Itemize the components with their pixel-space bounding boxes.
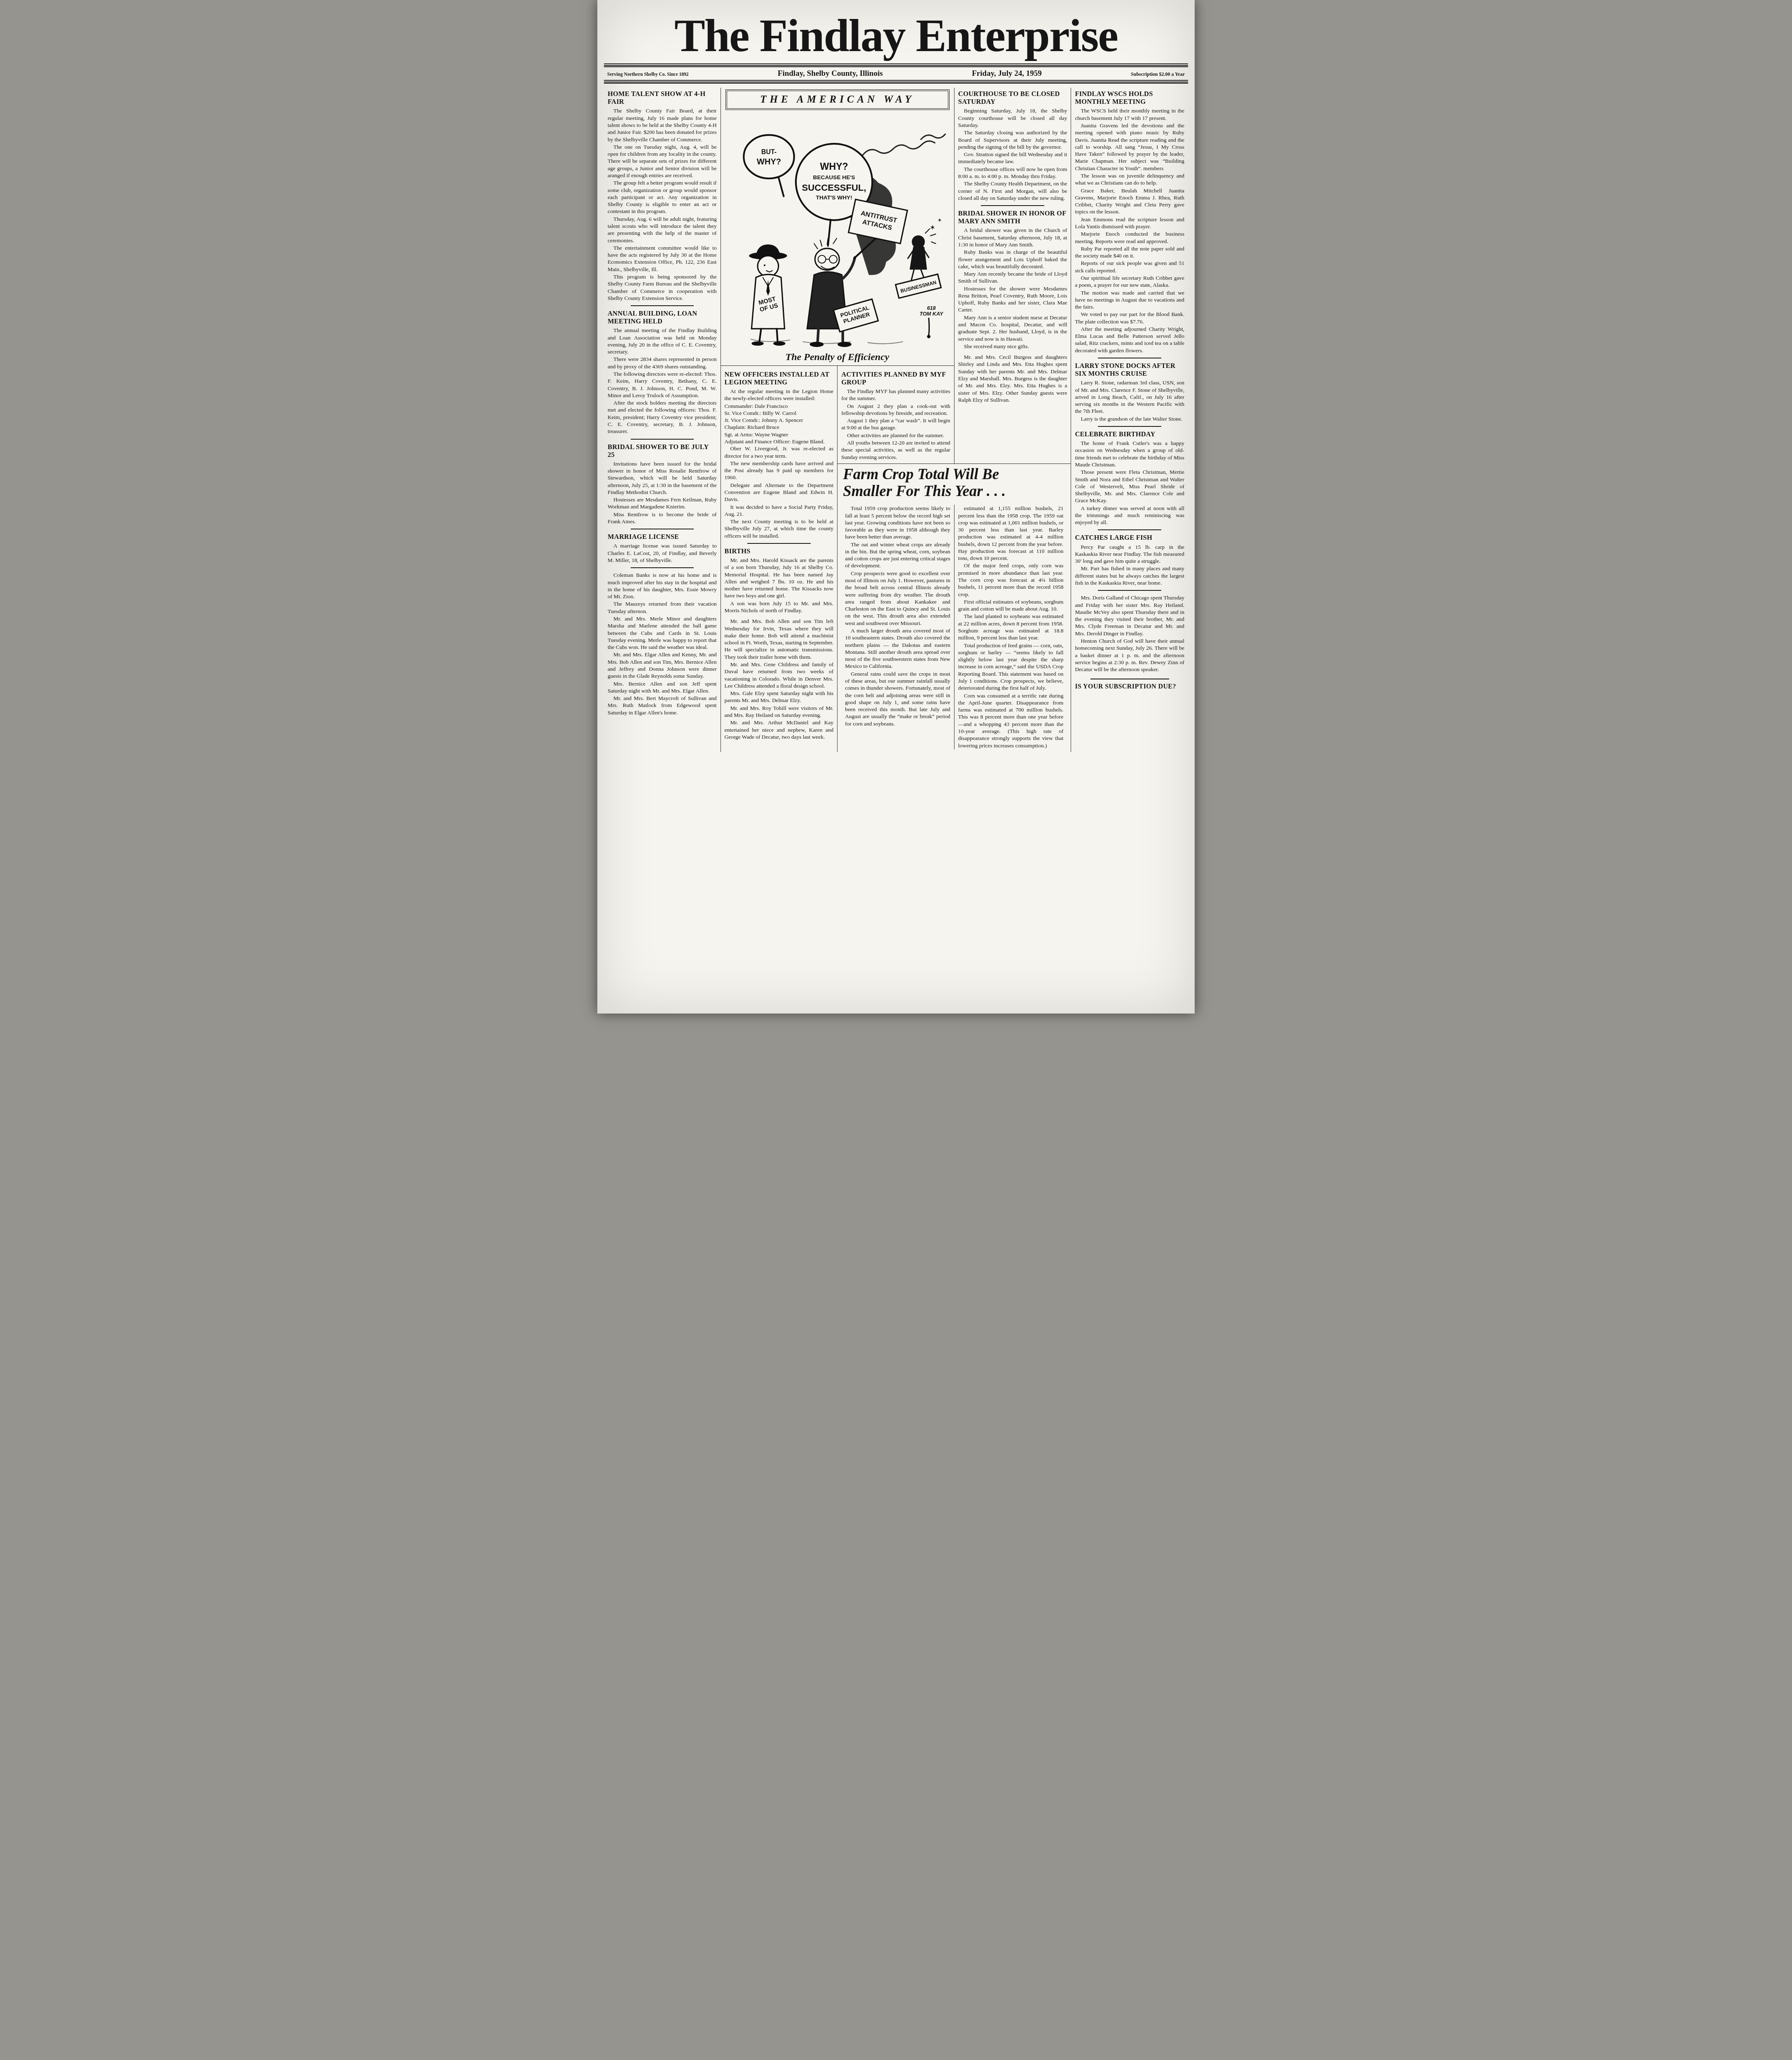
bubble-tail [778, 177, 784, 196]
article-heading: COURTHOUSE TO BE CLOSED SATURDAY [958, 90, 1067, 105]
social-notes-column5: Mrs. Doris Galland of Chicago spent Thur… [1075, 594, 1184, 673]
paragraph: Sgt. at Arms: Wayne Wagner [725, 431, 834, 438]
masthead-rule-bottom [604, 80, 1188, 84]
dateline: Serving Northern Shelby Co. Since 1892 F… [604, 67, 1188, 80]
cartoonist-signature: 618TOM KAY [919, 305, 944, 317]
headline-line: Farm Crop Total Will Be [843, 466, 999, 483]
article-body: Mr. and Mrs. Bob Allen and son Tim left … [725, 618, 834, 740]
dateline-date: Friday, July 24, 1959 [972, 69, 1041, 78]
paragraph: The land planted to soybeans was estimat… [958, 613, 1064, 641]
article-annual-building-loan: ANNUAL BUILDING, LOAN MEETING HELD The a… [608, 309, 717, 435]
paragraph: Marjorie Enoch conducted the business me… [1075, 230, 1184, 245]
article-heading: BIRTHS [725, 547, 834, 555]
article-body: The Shelby County Fair Board, at their r… [608, 107, 717, 302]
figure-political-planner [807, 239, 855, 347]
paragraph: We voted to pay our part for the Blood B… [1075, 311, 1184, 325]
article-births: BIRTHS Mr. and Mrs. Harold Kissack are t… [725, 547, 834, 614]
article-body: The WSCS held their monthly meeting in t… [1075, 107, 1184, 354]
paragraph: estimated at 1,155 million bushels, 21 p… [958, 505, 1064, 562]
paragraph: The WSCS held their monthly meeting in t… [1075, 107, 1184, 122]
article-marriage-license: MARRIAGE LICENSE A marriage license was … [608, 533, 717, 564]
paragraph: Larry is the grandson of the late Walter… [1075, 415, 1184, 422]
paragraph: She received many nice gifts. [958, 343, 1067, 350]
social-notes-column4: Mr. and Mrs. Cecil Burgess and daughters… [958, 353, 1067, 403]
paragraph: The motion was made and carried that we … [1075, 289, 1184, 311]
paragraph: Mr. and Mrs. Bert Maycroft of Sullivan a… [608, 695, 717, 716]
article-body: Mr. and Mrs. Harold Kissack are the pare… [725, 557, 834, 614]
article-larry-stone: LARRY STONE DOCKS AFTER SIX MONTHS CRUIS… [1075, 362, 1184, 422]
article-heading: FINDLAY WSCS HOLDS MONTHLY MEETING [1075, 90, 1184, 105]
paragraph: Mary Ann is a senior student nurse at De… [958, 314, 1067, 342]
masthead: The Findlay Enterprise Serving Northern … [604, 12, 1188, 84]
paragraph: Mr. and Mrs. Elgar Allen and Kenny, Mr. … [608, 651, 717, 679]
paragraph: Grace Baker, Beulah Mitchell Juanita Gra… [1075, 187, 1184, 215]
paragraph: Total 1959 crop production seems likely … [845, 505, 950, 540]
paragraph: The following directors were re-elected:… [608, 370, 717, 399]
paragraph: Jean Emmons read the scripture lesson an… [1075, 216, 1184, 230]
cartoon-caption: The Penalty of Efficiency [725, 352, 950, 363]
paragraph: Mr. and Mrs. Roy Tohill were visitors of… [725, 705, 834, 719]
article-bridal-shower-july25: BRIDAL SHOWER TO BE JULY 25 Invitations … [608, 443, 717, 525]
paragraph: Chaplain: Richard Bruce [725, 424, 834, 431]
paragraph: Mr. and Mrs. Gene Childress and family o… [725, 661, 834, 689]
article-body: Beginning Saturday, July 18, the Shelby … [958, 107, 1067, 201]
impact-star: ✶ [929, 224, 935, 232]
column-5: FINDLAY WSCS HOLDS MONTHLY MEETING The W… [1071, 88, 1188, 752]
article-heading: ACTIVITIES PLANNED BY MYF GROUP [841, 370, 950, 386]
paragraph: A turkey dinner was served at noon with … [1075, 505, 1184, 526]
paragraph: Percy Par caught a 15 lb. carp in the Ka… [1075, 543, 1184, 565]
headline-line: Smaller For This Year . . . [843, 483, 1006, 500]
article-myf-activities: ACTIVITIES PLANNED BY MYF GROUP The Find… [841, 370, 950, 461]
paragraph: The annual meeting of the Findlay Buildi… [608, 327, 717, 355]
bubble-text: BECAUSE HE'S [813, 174, 855, 180]
paragraph: Mary Ann recently became the bride of Ll… [958, 270, 1067, 285]
paragraph: On August 2 they plan a cook-out with fe… [841, 403, 950, 417]
article-body: Mr. and Mrs. Cecil Burgess and daughters… [958, 353, 1067, 403]
paragraph: Delegate and Alternate to the Department… [725, 482, 834, 503]
article-heading: BRIDAL SHOWER IN HONOR OF MARY ANN SMITH [958, 209, 1067, 225]
social-notes-column2: Mr. and Mrs. Bob Allen and son Tim left … [725, 618, 834, 740]
paragraph: Invitations have been issued for the bri… [608, 460, 717, 496]
paragraph: A much larger drouth area covered most o… [845, 627, 950, 670]
paragraph: Beginning Saturday, July 18, the Shelby … [958, 107, 1067, 129]
article-body: The home of Frank Cutler's was a happy o… [1075, 440, 1184, 526]
article-body: A marriage license was issued Saturday t… [608, 542, 717, 564]
article-heading: HOME TALENT SHOW AT 4-H FAIR [608, 90, 717, 105]
spacer [958, 350, 1067, 353]
article-heading: ANNUAL BUILDING, LOAN MEETING HELD [608, 309, 717, 325]
article-divider [1098, 590, 1161, 591]
bubble-text: SUCCESSFUL, [802, 183, 866, 193]
article-divider [631, 567, 694, 568]
article-celebrate-birthday: CELEBRATE BIRTHDAY The home of Frank Cut… [1075, 430, 1184, 526]
paragraph: Mrs. Gale Elzy spent Saturday night with… [725, 690, 834, 704]
article-catches-large-fish: CATCHES LARGE FISH Percy Par caught a 15… [1075, 534, 1184, 586]
article-divider [631, 529, 694, 529]
article-legion-officers: NEW OFFICERS INSTALLED AT LEGION MEETING… [725, 370, 834, 539]
article-bridal-shower-smith: BRIDAL SHOWER IN HONOR OF MARY ANN SMITH… [958, 209, 1067, 350]
paragraph: Miss Rentfrow is to become the bride of … [608, 511, 717, 525]
article-heading: BRIDAL SHOWER TO BE JULY 25 [608, 443, 717, 459]
paragraph: The courthouse offices will now be open … [958, 166, 1067, 180]
article-divider [1098, 426, 1161, 427]
paragraph: Larry R. Stone, radarman 3rd class, USN,… [1075, 379, 1184, 414]
paragraph: A bridal shower was given in the Church … [958, 227, 1067, 248]
paragraph: There were 2834 shares represented in pe… [608, 356, 717, 370]
article-body: Ober W. Livergood, Jr. was re-elected as… [725, 445, 834, 539]
paragraph: After the meeting adjourned Charity Wrig… [1075, 325, 1184, 354]
social-notes-column1: Coleman Banks is now at his home and is … [608, 571, 717, 716]
ink-drip [929, 318, 929, 335]
bubble-text: THAT'S WHY! [816, 194, 852, 201]
column-1: HOME TALENT SHOW AT 4-H FAIR The Shelby … [604, 88, 721, 752]
column-4: COURTHOUSE TO BE CLOSED SATURDAY Beginni… [954, 88, 1071, 463]
paragraph: Hostesses for the shower were Mesdames R… [958, 285, 1067, 314]
paragraph: The Shelby County Fair Board, at their r… [608, 107, 717, 143]
paragraph: Ruby Par reported all the note paper sol… [1075, 245, 1184, 260]
article-divider [1098, 529, 1161, 530]
paragraph: The group felt a better program would re… [608, 179, 717, 215]
paragraph: The next County meeting is to be held at… [725, 518, 834, 539]
article-body: The annual meeting of the Findlay Buildi… [608, 327, 717, 435]
dateline-tagline: Serving Northern Shelby Co. Since 1892 [607, 72, 688, 77]
cartoon-title: THE AMERICAN WAY [725, 89, 950, 110]
paragraph: Crop prospects were good to excellent ov… [845, 570, 950, 627]
paragraph: Corn was consumed at a terrific rate dur… [958, 692, 1064, 749]
paragraph: August 1 they plan a “car wash”. It will… [841, 417, 950, 431]
paragraph: Adjutant and Finance Officer: Eugene Bla… [725, 438, 834, 445]
article-body: Larry R. Stone, radarman 3rd class, USN,… [1075, 379, 1184, 422]
paragraph: Ruby Banks was in charge of the beautifu… [958, 248, 1067, 270]
article-heading: CELEBRATE BIRTHDAY [1075, 430, 1184, 438]
paragraph: Mr. and Mrs. Merle Minor and daughters M… [608, 615, 717, 651]
article-divider [1098, 358, 1161, 358]
paragraph: Hostesses are Mesdames Fern Keilman, Rub… [608, 496, 717, 510]
article-body: The Findlay MYF has planned many activit… [841, 388, 950, 461]
speech-bubble-small [744, 135, 794, 178]
paragraph: Henton Church of God will have their ann… [1075, 637, 1184, 673]
feature-headline: Farm Crop Total Will Be Smaller For This… [841, 466, 1067, 500]
paragraph: All youths between 12-20 are invited to … [841, 439, 950, 461]
article-heading: NEW OFFICERS INSTALLED AT LEGION MEETING [725, 370, 834, 386]
paragraph: The lesson was on juvenile delinquency a… [1075, 172, 1184, 187]
article-heading: CATCHES LARGE FISH [1075, 534, 1184, 541]
officer-list: Commander: Dale FranciscoSr. Vice Comdr.… [725, 403, 834, 445]
paragraph: It was decided to have a Social Party Fr… [725, 503, 834, 518]
paragraph: Those present were Fleta Christman, Mert… [1075, 468, 1184, 504]
paragraph: The one on Tuesday night, Aug. 4, will b… [608, 143, 717, 179]
paragraph: The entertainment committee would like t… [608, 244, 717, 273]
column-2: NEW OFFICERS INSTALLED AT LEGION MEETING… [721, 366, 838, 752]
article-courthouse-closed: COURTHOUSE TO BE CLOSED SATURDAY Beginni… [958, 90, 1067, 201]
paragraph: After the stock holders meeting the dire… [608, 399, 717, 435]
paragraph: Mr. and Mrs. Arthur McDaniel and Kay ent… [725, 719, 834, 740]
article-divider [631, 439, 694, 440]
article-heading: MARRIAGE LICENSE [608, 533, 717, 541]
paragraph: Commander: Dale Francisco [725, 403, 834, 410]
paragraph: The home of Frank Cutler's was a happy o… [1075, 440, 1184, 468]
page-body: HOME TALENT SHOW AT 4-H FAIR The Shelby … [604, 88, 1188, 752]
article-body: Percy Par caught a 15 lb. carp in the Ka… [1075, 543, 1184, 587]
feature-column-left: Total 1959 crop production seems likely … [841, 505, 954, 749]
dateline-subscription: Subscription $2.00 a Year [1131, 71, 1185, 77]
paragraph: Mr. and Mrs. Cecil Burgess and daughters… [958, 353, 1067, 403]
feature-column-right: estimated at 1,155 million bushels, 21 p… [954, 505, 1067, 749]
paragraph: Of the major feed crops, only corn was p… [958, 562, 1064, 597]
article-home-talent-show: HOME TALENT SHOW AT 4-H FAIR The Shelby … [608, 90, 717, 302]
paragraph: A son was born July 15 to Mr. and Mrs. M… [725, 600, 834, 614]
paragraph: Jr. Vice Comdr.: Johnny A. Spencer [725, 417, 834, 424]
paragraph: General rains could save the crops in mo… [845, 670, 950, 727]
paragraph: Reports of our sick people was given and… [1075, 260, 1184, 274]
smoke-squiggle [863, 141, 935, 155]
article-body: Mrs. Doris Galland of Chicago spent Thur… [1075, 594, 1184, 673]
paragraph: Coleman Banks is now at his home and is … [608, 571, 717, 600]
ink-drip [927, 335, 930, 338]
paragraph: Ober W. Livergood, Jr. was re-elected as… [725, 445, 834, 459]
paragraph: The Findlay MYF has planned many activit… [841, 388, 950, 402]
paragraph: This program is being sponsored by the S… [608, 273, 717, 302]
editorial-cartoon: THE AMERICAN WAY BUT- WHY? WHY? BECAUSE … [721, 88, 954, 366]
paragraph: Mr. and Mrs. Harold Kissack are the pare… [725, 557, 834, 599]
paragraph: Mr. Parr has fished in many places and m… [1075, 565, 1184, 586]
article-divider [631, 305, 694, 306]
paragraph: Gov. Stratton signed the bill Wednesday … [958, 151, 1067, 165]
paragraph: Thursday, Aug. 6 will be adult night, fe… [608, 215, 717, 244]
masthead-title: The Findlay Enterprise [604, 12, 1188, 59]
figure-most-of-us: MOSTOF US [749, 245, 787, 346]
paragraph: The oat and winter wheat crops are alrea… [845, 541, 950, 569]
smoke-squiggle [921, 134, 945, 140]
paragraph: The Saturday closing was authorized by t… [958, 129, 1067, 150]
newspaper-page: The Findlay Enterprise Serving Northern … [597, 0, 1195, 1014]
paragraph: Mrs. Bernice Allen and son Jeff spent Sa… [608, 680, 717, 695]
article-divider [747, 543, 810, 544]
impact-star: ✶ [937, 218, 942, 223]
footer-rule [1090, 679, 1169, 679]
paragraph: Total production of feed grains — corn, … [958, 642, 1064, 692]
paragraph: Juanita Gravens led the devotions and th… [1075, 122, 1184, 172]
paragraph: First official estimates of soybeans, so… [958, 598, 1064, 613]
article-body: A bridal shower was given in the Church … [958, 227, 1067, 350]
paragraph: Mr. and Mrs. Bob Allen and son Tim left … [725, 618, 834, 660]
article-wscs-meeting: FINDLAY WSCS HOLDS MONTHLY MEETING The W… [1075, 90, 1184, 354]
paragraph: The Shelby County Health Department, on … [958, 180, 1067, 201]
masthead-rule-top [604, 63, 1188, 67]
article-divider [981, 205, 1044, 206]
spacer [725, 614, 834, 618]
bubble-text: WHY? [820, 161, 848, 172]
paragraph: Our spirittual life secretary Ruth Cribb… [1075, 274, 1184, 289]
article-farm-crop-feature: Farm Crop Total Will Be Smaller For This… [838, 463, 1071, 752]
bubble-text: WHY? [757, 158, 781, 167]
paragraph: The Mauzeys returned from their vacation… [608, 600, 717, 615]
column-3: ACTIVITIES PLANNED BY MYF GROUP The Find… [838, 366, 954, 463]
article-heading: LARRY STONE DOCKS AFTER SIX MONTHS CRUIS… [1075, 362, 1184, 377]
feature-columns: Total 1959 crop production seems likely … [841, 505, 1067, 749]
article-body: Coleman Banks is now at his home and is … [608, 571, 717, 716]
paragraph: The new membership cards have arrived an… [725, 460, 834, 481]
subscription-reminder: IS YOUR SUBSCRIPTION DUE? [1075, 683, 1184, 691]
paragraph: At the regular meeting in the Legion Hom… [725, 388, 834, 402]
article-body: Invitations have been issued for the bri… [608, 460, 717, 525]
paragraph: A marriage license was issued Saturday t… [608, 542, 717, 564]
dateline-location: Findlay, Shelby County, Illinois [778, 69, 883, 78]
bubble-tail [828, 220, 830, 246]
paragraph: Mrs. Doris Galland of Chicago spent Thur… [1075, 594, 1184, 637]
paragraph: Sr. Vice Comdr.: Billy W. Carrol [725, 410, 834, 417]
bubble-text: BUT- [761, 149, 777, 156]
paragraph: Other activities are planned for the sum… [841, 432, 950, 439]
cartoon-drawing: BUT- WHY? WHY? BECAUSE HE'S SUCCESSFUL, … [725, 113, 950, 350]
